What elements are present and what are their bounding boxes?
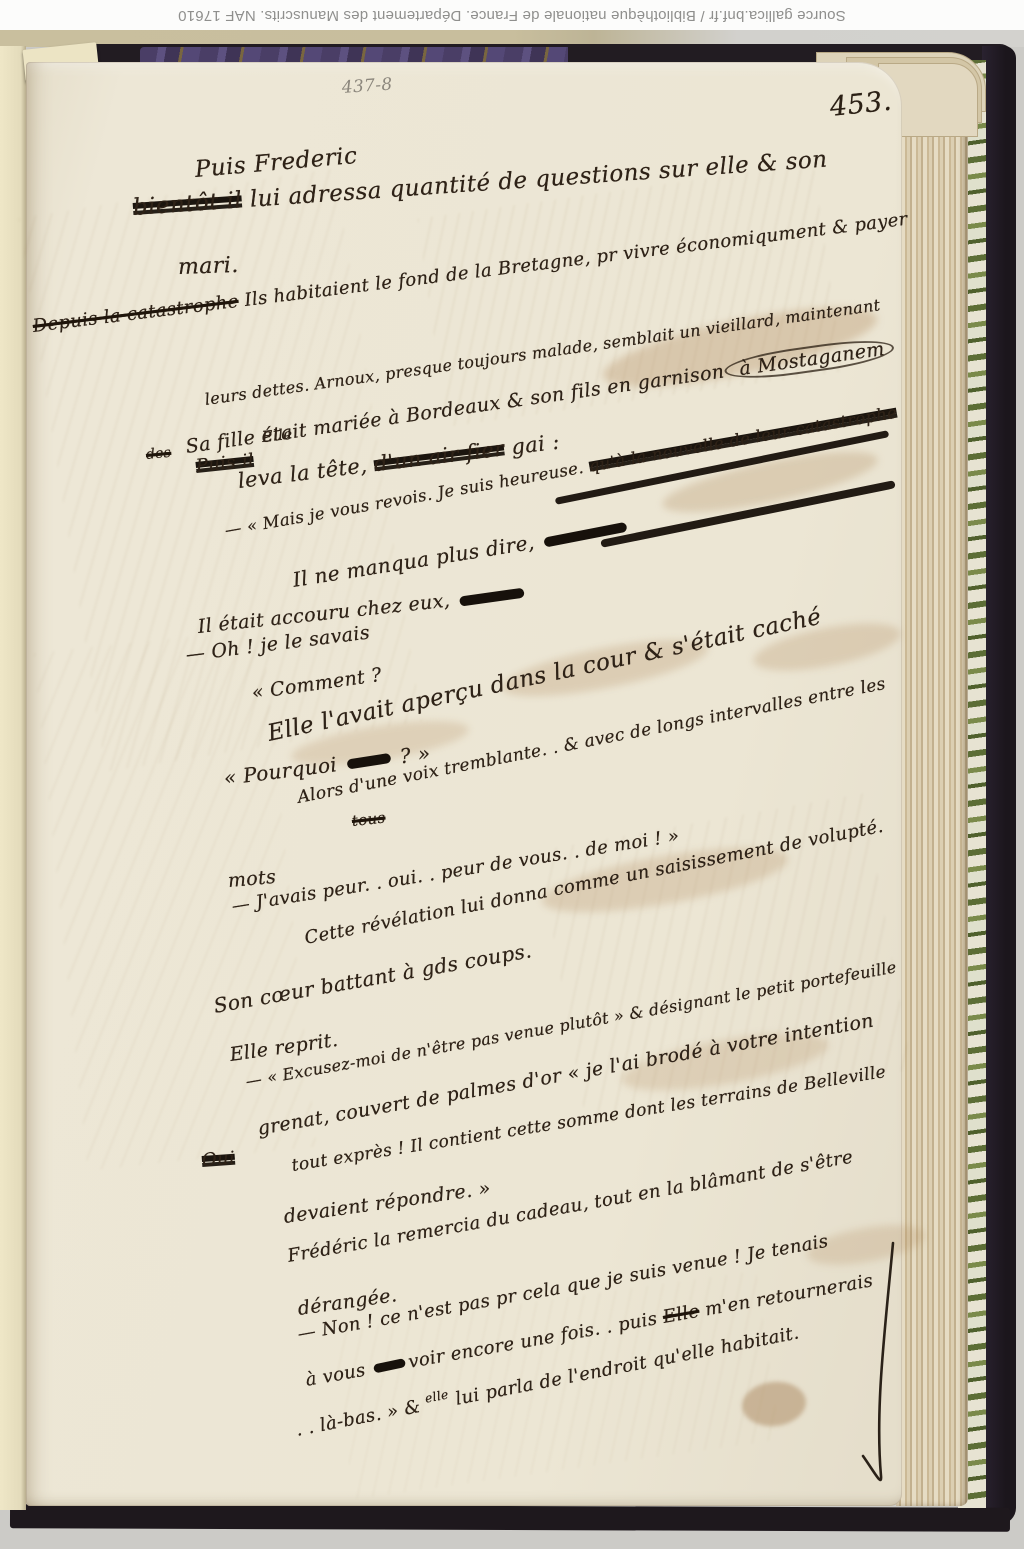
manuscript-line: mari. bbox=[178, 254, 240, 279]
manuscript-line: Elle bbox=[261, 427, 293, 446]
book-binding-bottom bbox=[10, 1504, 1010, 1531]
ink-blot bbox=[459, 588, 524, 607]
struck-text: des bbox=[145, 445, 172, 463]
facing-page-edge bbox=[0, 46, 26, 1510]
manuscript-line: tous bbox=[351, 811, 386, 830]
book-binding-right bbox=[982, 46, 1016, 1524]
gallica-credit-bar: Source gallica.bnf.fr / Bibliothèque nat… bbox=[0, 0, 1024, 30]
struck-text: tous bbox=[351, 809, 386, 830]
manuscript-line: mots bbox=[227, 868, 277, 892]
struck-text: Oui bbox=[201, 1148, 236, 1171]
page-fore-edge bbox=[896, 60, 968, 1506]
handwriting-text: Elle bbox=[261, 425, 293, 446]
ink-blot bbox=[346, 753, 391, 770]
manuscript-line: des bbox=[145, 446, 171, 463]
pencil-folio-note: 437-8 bbox=[341, 76, 393, 97]
handwriting-text: mots bbox=[227, 866, 277, 892]
handwriting-text: elle bbox=[424, 1387, 450, 1405]
ink-blot bbox=[373, 1358, 407, 1374]
handwriting-text: mari. bbox=[178, 253, 240, 280]
manuscript-line: Oui bbox=[201, 1150, 235, 1171]
page-number: 453. bbox=[829, 88, 894, 123]
gallica-credit-text: Source gallica.bnf.fr / Bibliothèque nat… bbox=[178, 0, 846, 30]
